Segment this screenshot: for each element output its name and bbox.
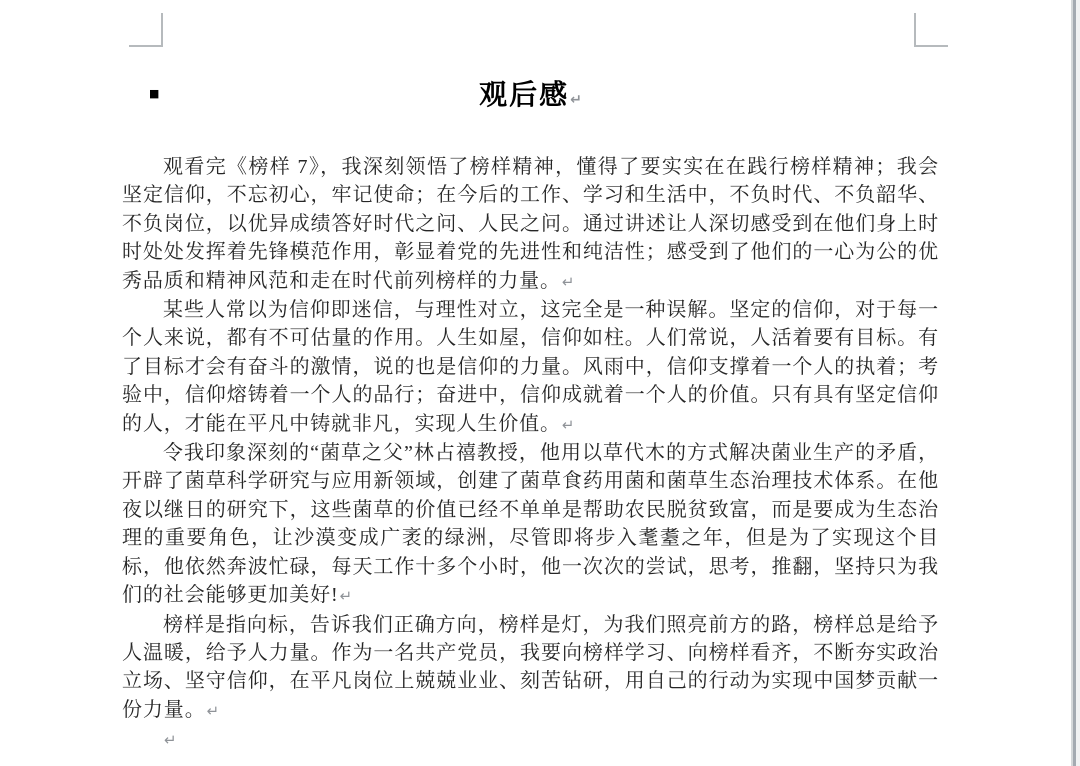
paragraph-mark-icon: ↵: [562, 416, 575, 434]
paragraph-1[interactable]: 观看完《榜样 7》，我深刻领悟了榜样精神，懂得了要实实在在践行榜样精神；我会坚定…: [122, 153, 939, 296]
paragraph-mark-icon: ↵: [207, 702, 220, 720]
paragraph-1-text: 观看完《榜样 7》，我深刻领悟了榜样精神，懂得了要实实在在践行榜样精神；我会坚定…: [122, 156, 939, 292]
text-boundary-mark-top-left: [129, 13, 163, 47]
document-page[interactable]: ■ 观后感↵ 观看完《榜样 7》，我深刻领悟了榜样精神，懂得了要实实在在践行榜样…: [0, 0, 1072, 766]
document-body[interactable]: 观看完《榜样 7》，我深刻领悟了榜样精神，懂得了要实实在在践行榜样精神；我会坚定…: [122, 153, 939, 754]
scrollbar-track-edge: [1076, 0, 1080, 766]
page-title[interactable]: 观后感↵: [122, 78, 939, 117]
page-title-text: 观后感: [479, 79, 569, 110]
paragraph-4[interactable]: 榜样是指向标，告诉我们正确方向，榜样是灯，为我们照亮前方的路，榜样总是给予人温暖…: [122, 611, 939, 726]
paragraph-3[interactable]: 令我印象深刻的“菌草之父”林占禧教授，他用以草代木的方式解决菌业生产的矛盾，开辟…: [122, 439, 939, 610]
paragraph-2-text: 某些人常以为信仰即迷信，与理性对立，这完全是一种误解。坚定的信仰，对于每一个人来…: [122, 299, 939, 435]
paragraph-mark-icon: ↵: [164, 731, 177, 749]
text-boundary-mark-top-right: [914, 13, 948, 47]
paragraph-mark-icon: ↵: [570, 92, 582, 108]
paragraph-2[interactable]: 某些人常以为信仰即迷信，与理性对立，这完全是一种误解。坚定的信仰，对于每一个人来…: [122, 296, 939, 439]
paragraph-4-text: 榜样是指向标，告诉我们正确方向，榜样是灯，为我们照亮前方的路，榜样总是给予人温暖…: [122, 614, 939, 721]
empty-paragraph[interactable]: ↵: [122, 725, 939, 753]
paragraph-mark-icon: ↵: [562, 273, 575, 291]
paragraph-mark-icon: ↵: [340, 587, 353, 605]
paragraph-3-text: 令我印象深刻的“菌草之父”林占禧教授，他用以草代木的方式解决菌业生产的矛盾，开辟…: [122, 442, 939, 606]
